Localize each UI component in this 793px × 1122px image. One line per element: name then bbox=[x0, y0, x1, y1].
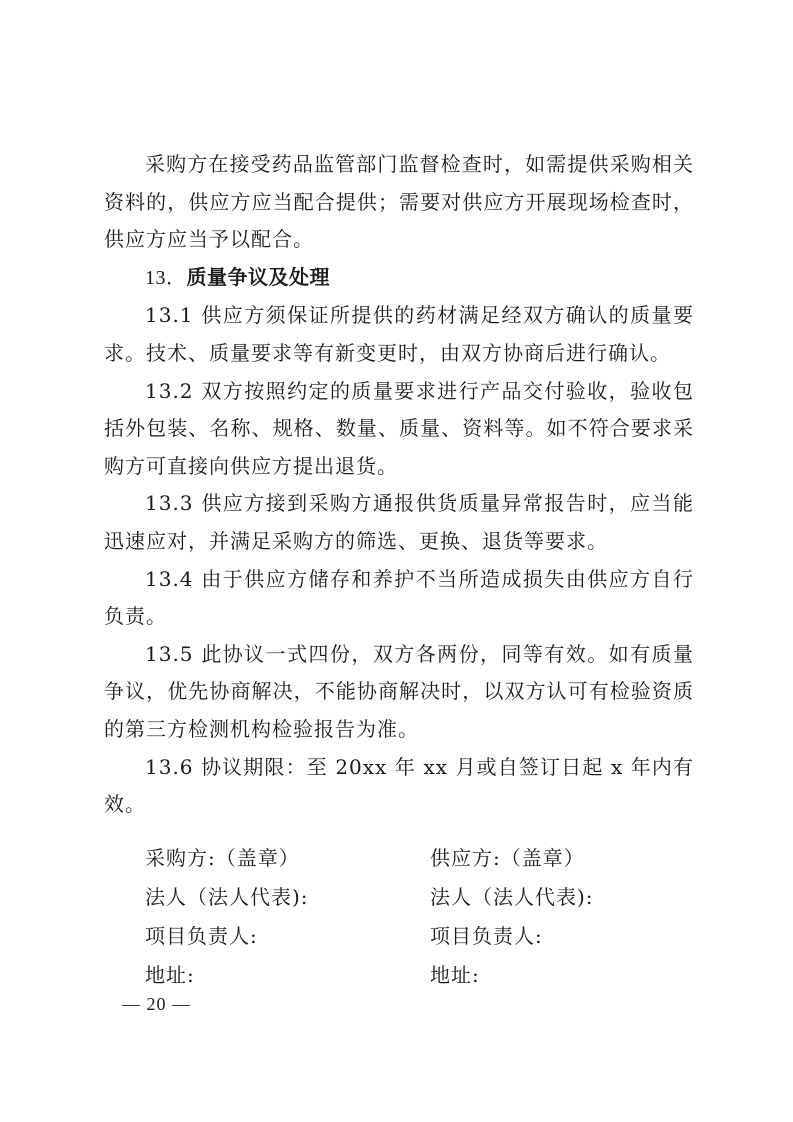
signature-row-address: 地址: 地址: bbox=[145, 954, 665, 993]
clause-13-4: 13.4 由于供应方储存和养护不当所造成损失由供应方自行负责。 bbox=[104, 561, 694, 636]
section-heading-13: 13．质量争议及处理 bbox=[104, 259, 694, 298]
purchaser-address-label: 地址: bbox=[145, 959, 430, 988]
clause-13-1: 13.1 供应方须保证所提供的药材满足经双方确认的质量要求。技术、质量要求等有新… bbox=[104, 297, 694, 372]
supplier-project-lead-label: 项目负责人: bbox=[430, 920, 665, 949]
document-body: 采购方在接受药品监管部门监督检查时，如需提供采购相关资料的，供应方应当配合提供；… bbox=[104, 146, 694, 824]
signature-block: 采购方:（盖章） 供应方:（盖章） 法人（法人代表): 法人（法人代表): 项目… bbox=[145, 837, 665, 993]
page-number: — 20 — bbox=[122, 994, 191, 1015]
section-number: 13． bbox=[145, 267, 187, 289]
clause-13-5: 13.5 此协议一式四份，双方各两份，同等有效。如有质量争议，优先协商解决，不能… bbox=[104, 636, 694, 749]
purchaser-legal-rep-label: 法人（法人代表): bbox=[145, 881, 430, 910]
purchaser-seal-label: 采购方:（盖章） bbox=[145, 842, 430, 871]
paragraph-inspection-cooperation: 采购方在接受药品监管部门监督检查时，如需提供采购相关资料的，供应方应当配合提供；… bbox=[104, 146, 694, 259]
signature-row-seal: 采购方:（盖章） 供应方:（盖章） bbox=[145, 837, 665, 876]
signature-row-project-lead: 项目负责人: 项目负责人: bbox=[145, 915, 665, 954]
signature-row-legal-rep: 法人（法人代表): 法人（法人代表): bbox=[145, 876, 665, 915]
clause-13-3: 13.3 供应方接到采购方通报供货质量异常报告时，应当能迅速应对，并满足采购方的… bbox=[104, 485, 694, 560]
document-page: 采购方在接受药品监管部门监督检查时，如需提供采购相关资料的，供应方应当配合提供；… bbox=[0, 0, 793, 1122]
supplier-address-label: 地址: bbox=[430, 959, 665, 988]
purchaser-project-lead-label: 项目负责人: bbox=[145, 920, 430, 949]
clause-13-2: 13.2 双方按照约定的质量要求进行产品交付验收，验收包括外包装、名称、规格、数… bbox=[104, 373, 694, 486]
supplier-legal-rep-label: 法人（法人代表): bbox=[430, 881, 665, 910]
supplier-seal-label: 供应方:（盖章） bbox=[430, 842, 665, 871]
clause-13-6: 13.6 协议期限：至 20xx 年 xx 月或自签订日起 x 年内有效。 bbox=[104, 749, 694, 824]
section-title: 质量争议及处理 bbox=[187, 265, 331, 289]
